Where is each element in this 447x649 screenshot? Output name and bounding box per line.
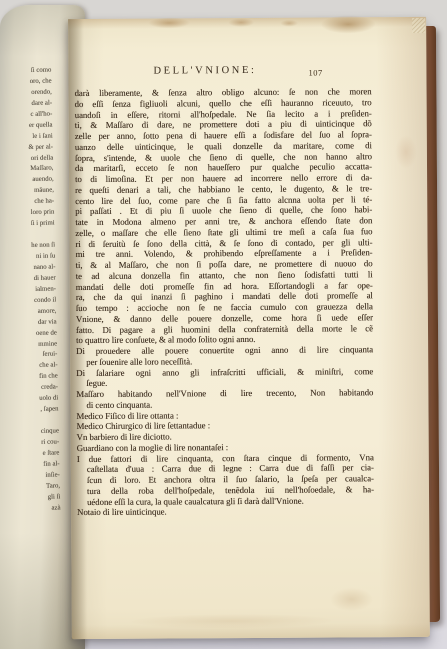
stain	[395, 135, 417, 169]
running-header: DELL'VNIONE:	[153, 65, 256, 77]
fragment-line: Taro,	[12, 481, 60, 493]
fragment-line: fin al-	[12, 459, 60, 471]
book-page: DELL'VNIONE: 107 darà liberamente, & ſen…	[68, 17, 430, 639]
bottom-edge-toning	[72, 623, 430, 639]
fragment-line: e ſtare	[11, 448, 59, 460]
body-text: darà liberamente, & ſenza altro obligo a…	[75, 86, 375, 518]
fragment-line: er quella	[4, 120, 52, 132]
fragment-line: c all'ho-	[4, 109, 52, 121]
fragment-line: gli ſi	[12, 492, 60, 504]
fragment-line: dare al-	[4, 98, 52, 110]
fragment-line: & per al-	[5, 142, 53, 154]
book-photo: ſi comooro, cheorendo,dare al-c all'ho-e…	[0, 0, 447, 649]
fragment-line: dar via	[9, 317, 57, 329]
fragment-line: le i ſani	[5, 131, 53, 143]
fragment-line: azà	[12, 503, 60, 515]
fragment-line: nano al-	[7, 262, 55, 274]
fragment-line: amore,	[8, 306, 56, 318]
fragment-line: oro, che	[4, 76, 52, 88]
fragment-line: inſie-	[12, 470, 60, 482]
body-line: tura della roba dell'hoſpedale, tenẽdola…	[77, 484, 374, 497]
body-line: Di ſalariare ogni anno gli infraſcritti …	[76, 366, 373, 379]
fragment-line: orendo,	[4, 87, 52, 99]
page-stack-corner	[412, 18, 425, 33]
fragment-line: ialmen-	[8, 284, 56, 296]
fragment-line: , ſapen	[10, 405, 58, 417]
body-line: Di prouedere alle pouere conuertite ogni…	[76, 344, 373, 357]
body-line: Maſſaro habitando nell'Vnione di lire tr…	[76, 387, 373, 400]
page-number: 107	[308, 68, 322, 78]
fragment-line: oene de	[9, 328, 57, 340]
stain	[330, 587, 374, 611]
left-page-fragments: ſi comooro, cheorendo,dare al-c all'ho-e…	[3, 66, 60, 515]
fragment-line: di hauer	[8, 273, 56, 285]
fragment-line: condo il	[8, 295, 56, 307]
body-line: Notaio di lire uinticinque.	[77, 505, 374, 518]
fragment-line: ſi i primi	[7, 219, 55, 231]
